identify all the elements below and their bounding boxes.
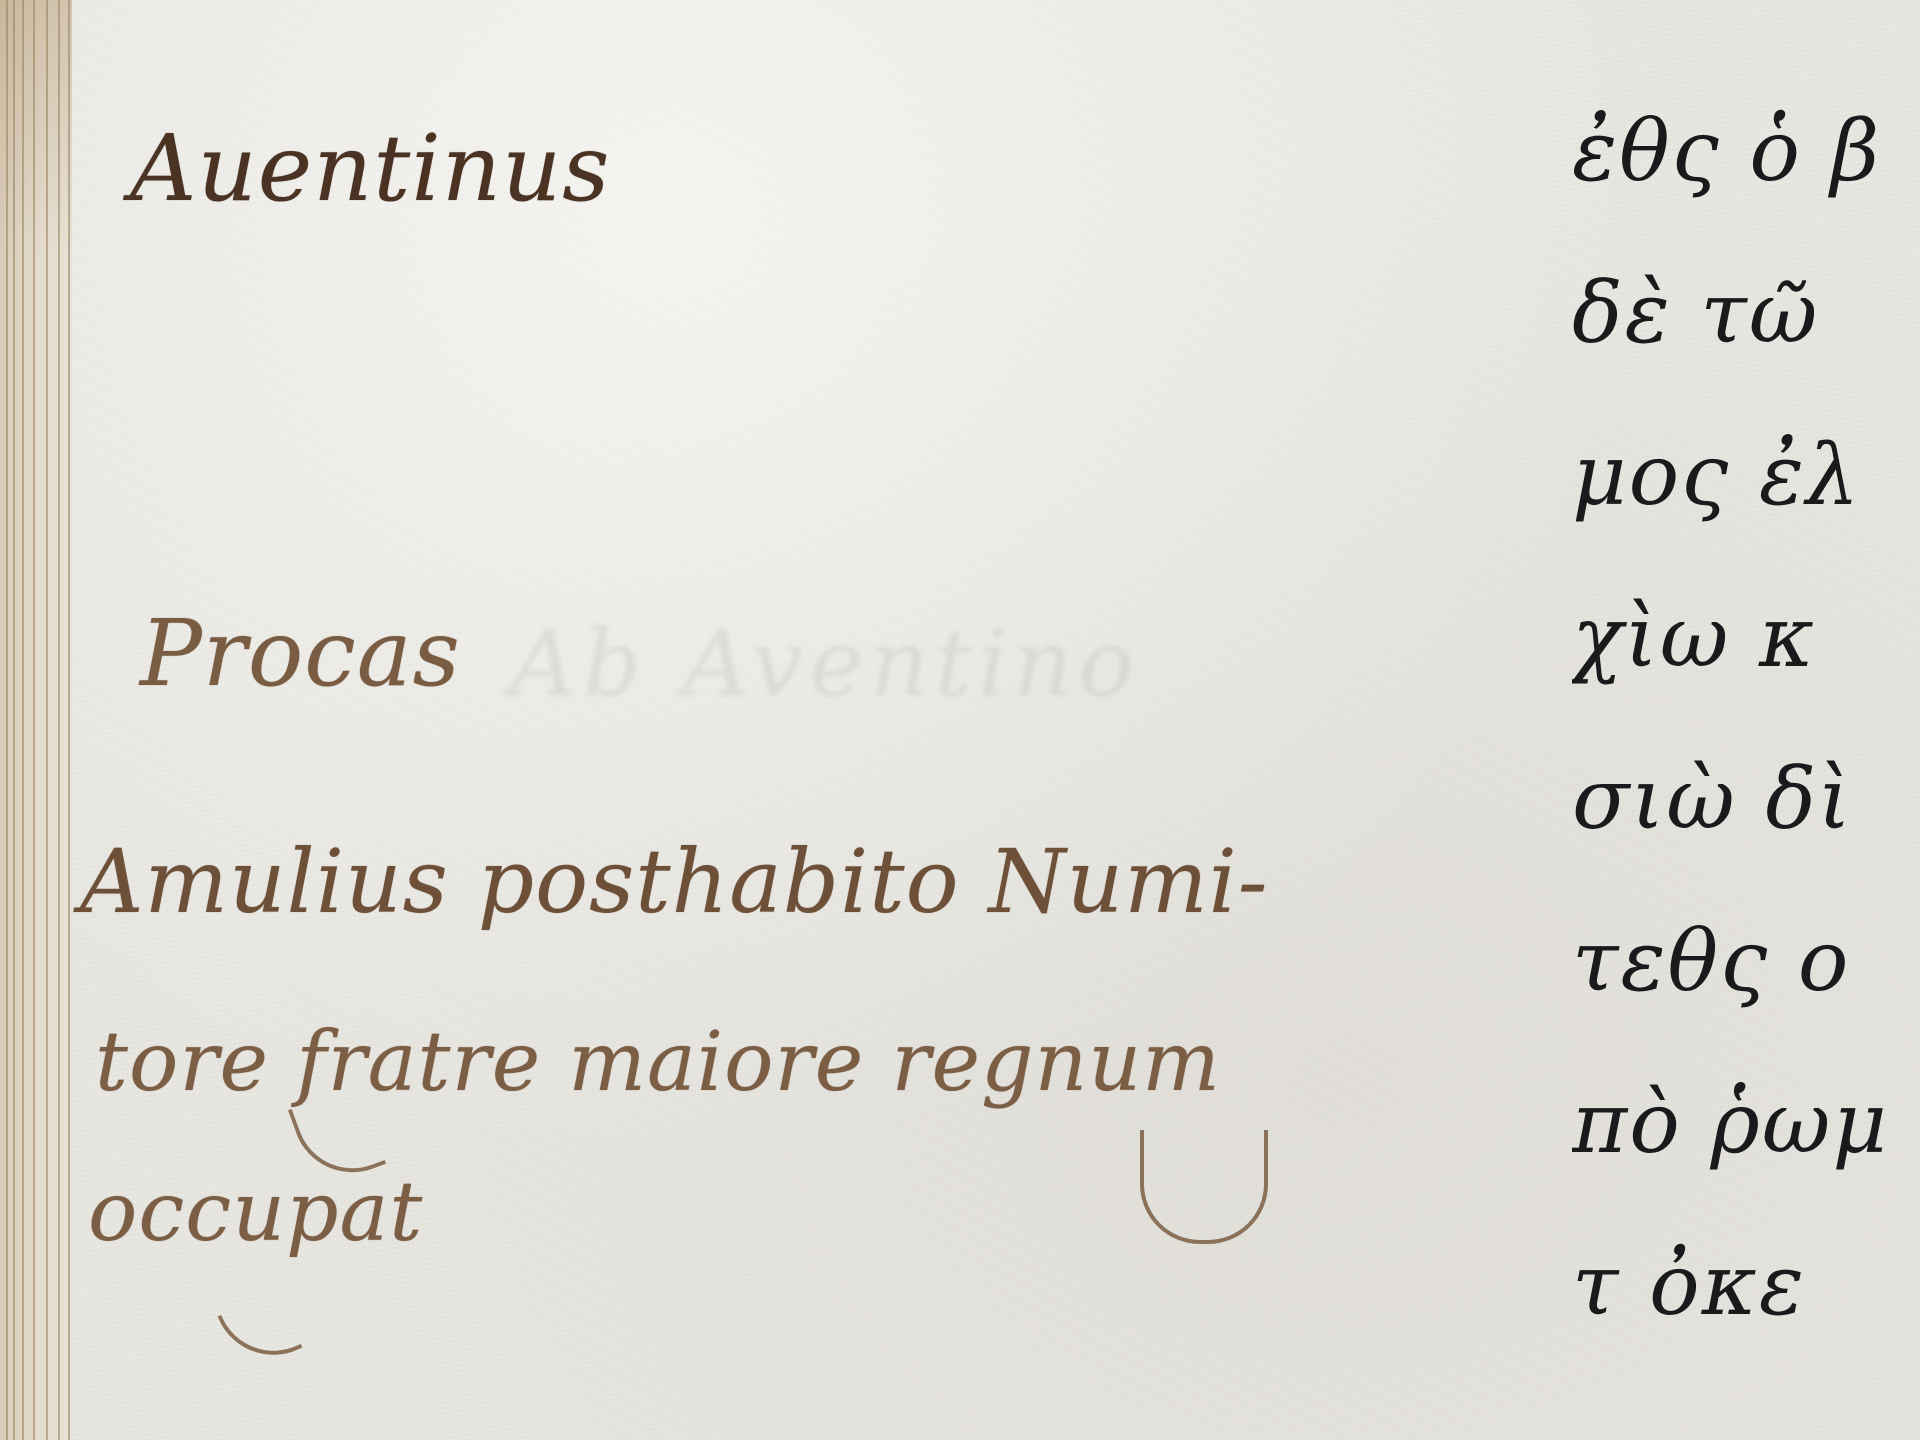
greek-line: σιὼ δὶ bbox=[1572, 718, 1920, 880]
ink-flourish-p bbox=[217, 1289, 302, 1374]
page-edge-line bbox=[46, 0, 48, 1440]
greek-line: ἐθς ὁ β bbox=[1572, 70, 1920, 232]
page-edge-line bbox=[58, 0, 60, 1440]
annotation-amulius-line-1: Amulius posthabito Numi- bbox=[80, 830, 1269, 933]
greek-line: δὲ τῶ bbox=[1572, 232, 1920, 394]
greek-text-column: ἐθς ὁ β δὲ τῶ μος ἐλ χὶω κ σιὼ δὶ τεθς ο… bbox=[1572, 70, 1920, 1366]
greek-line: μος ἐλ bbox=[1572, 394, 1920, 556]
greek-line: πὸ ῥωμ bbox=[1572, 1042, 1920, 1204]
greek-line: τεθς ο bbox=[1572, 880, 1920, 1042]
annotation-amulius-line-3: occupat bbox=[88, 1165, 423, 1260]
bleed-through-text: Ab Aventino bbox=[510, 610, 1140, 717]
book-page-edge bbox=[0, 0, 72, 1440]
page-edge-line bbox=[6, 0, 8, 1440]
page-edge-line bbox=[33, 0, 35, 1440]
page-edge-line bbox=[22, 0, 24, 1440]
greek-line: χὶω κ bbox=[1572, 556, 1920, 718]
annotation-amulius-line-2: tore fratre maiore regnum bbox=[95, 1015, 1221, 1110]
annotation-procas: Procas bbox=[140, 600, 461, 707]
page-edge-line bbox=[13, 0, 15, 1440]
annotation-auentinus: Auentinus bbox=[130, 115, 611, 222]
ink-flourish-g bbox=[1140, 1130, 1268, 1244]
page-edge-line bbox=[68, 0, 70, 1440]
greek-line: τ ὀκε bbox=[1572, 1204, 1920, 1366]
